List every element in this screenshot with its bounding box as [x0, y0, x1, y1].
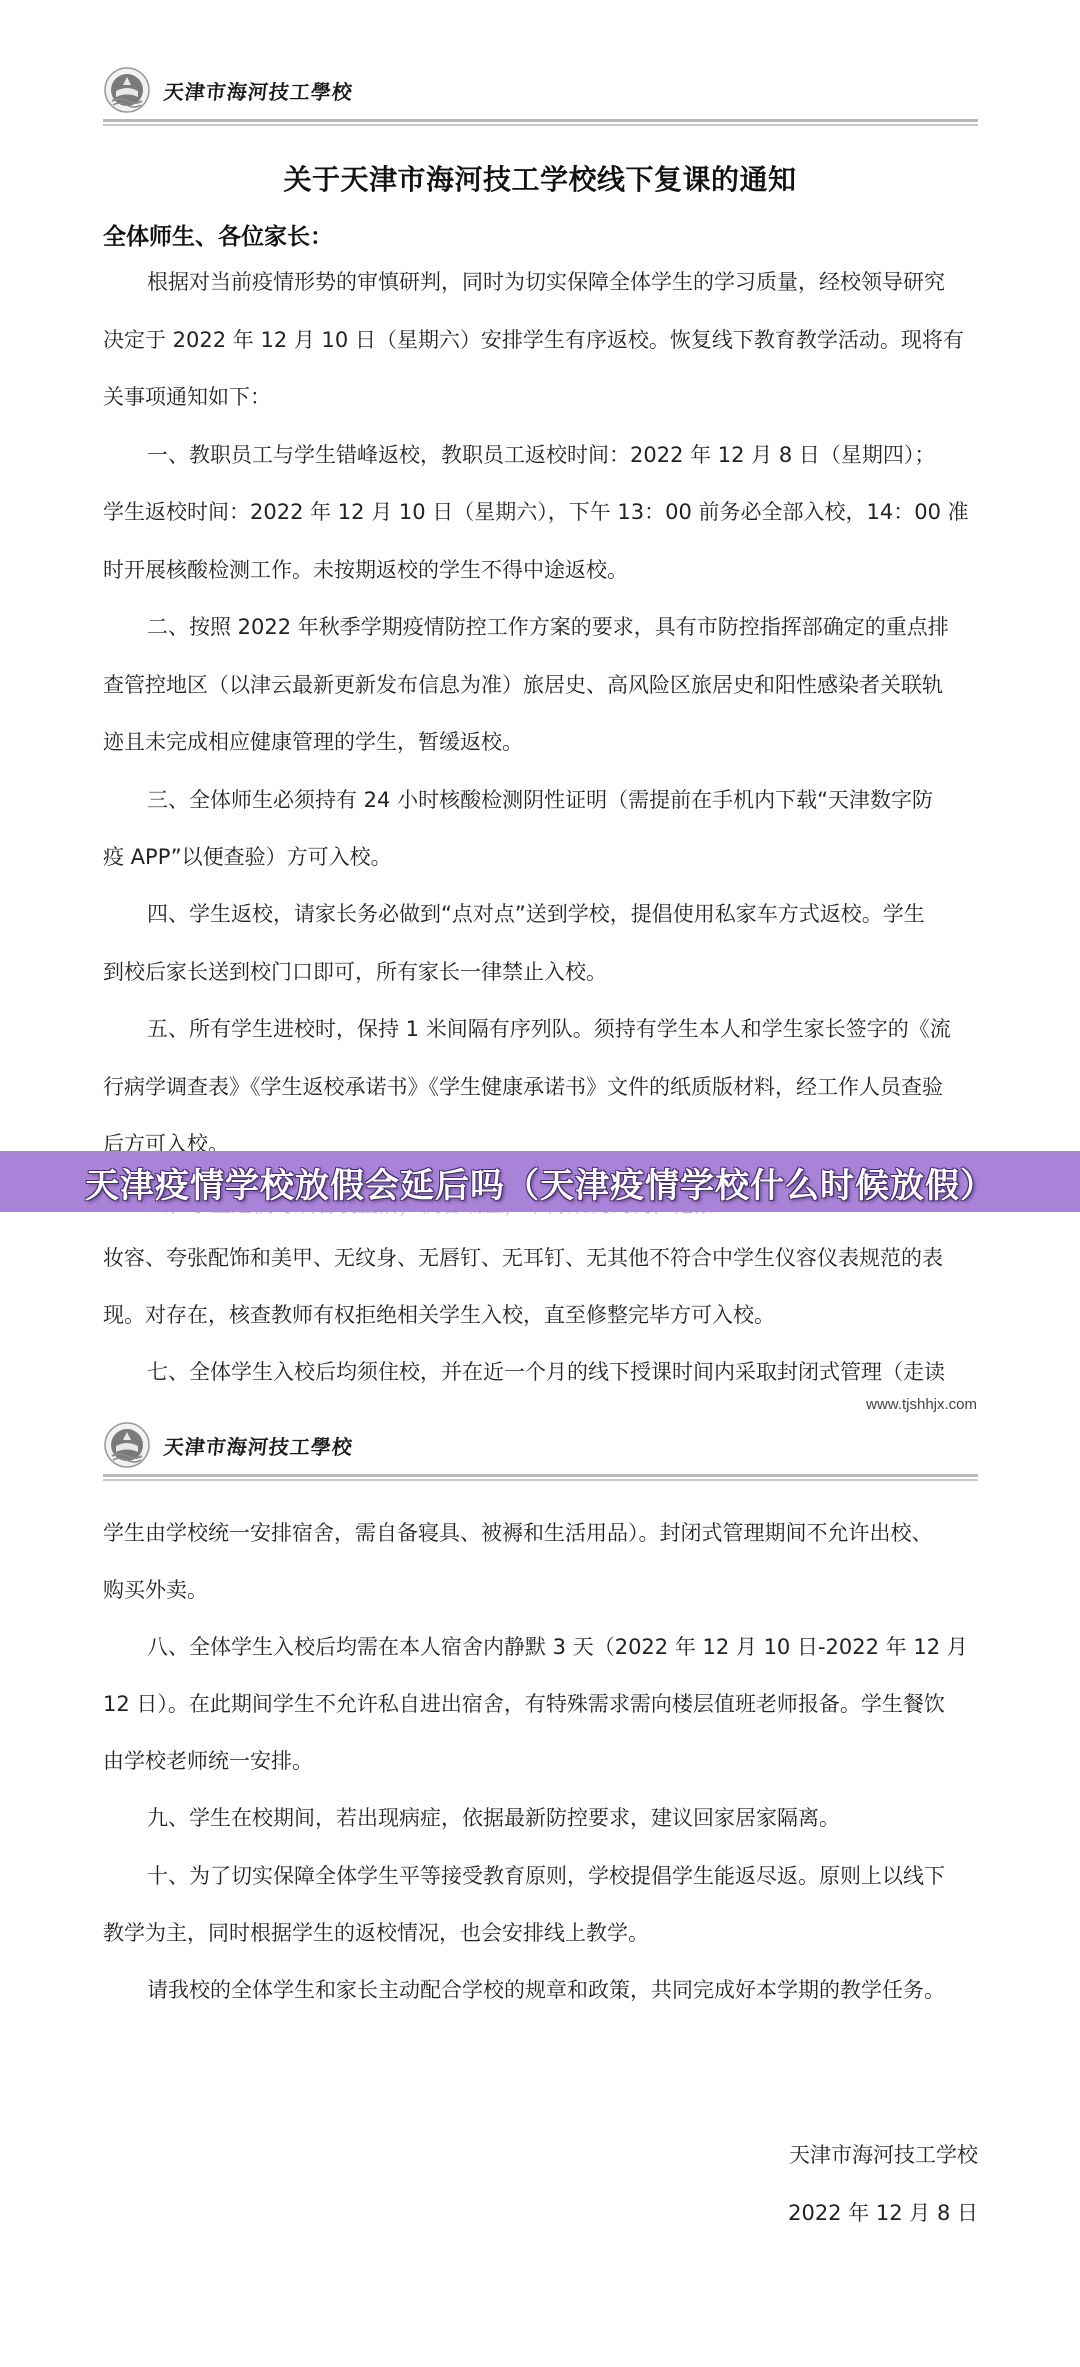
- page-title: 关于天津市海河技工学校线下复课的通知: [0, 158, 1080, 198]
- signature-date: 2022 年 12 月 8 日: [788, 2200, 978, 2226]
- body-text-line: 三、全体师生必须持有 24 小时核酸检测阴性证明（需提前在手机内下载“天津数字防: [147, 787, 933, 813]
- body-text-line: 九、学生在校期间，若出现病症，依据最新防控要求，建议回家居家隔离。: [147, 1805, 840, 1831]
- body-text-line: 教学为主，同时根据学生的返校情况，也会安排线上教学。: [103, 1920, 649, 1946]
- body-text-line: 十、为了切实保障全体学生平等接受教育原则，学校提倡学生能返尽返。原则上以线下: [147, 1863, 945, 1889]
- body-text-line: 行病学调查表》《学生返校承诺书》《学生健康承诺书》文件的纸质版材料，经工作人员查…: [103, 1074, 943, 1100]
- body-text-line: 时开展核酸检测工作。未按期返校的学生不得中途返校。: [103, 557, 628, 583]
- body-text-line: 关事项通知如下：: [103, 384, 271, 410]
- body-text-line: 八、全体学生入校后均需在本人宿舍内静默 3 天（2022 年 12 月 10 日…: [147, 1634, 968, 1660]
- header-divider: [103, 119, 978, 126]
- body-text-line: 学生由学校统一安排宿舍，需自备寝具、被褥和生活用品）。封闭式管理期间不允许出校、: [103, 1520, 933, 1546]
- body-text-line: 由学校老师统一安排。: [103, 1748, 313, 1774]
- body-text-line: 七、全体学生入校后均须住校，并在近一个月的线下授课时间内采取封闭式管理（走读: [147, 1359, 945, 1385]
- body-text-line: 五、所有学生进校时，保持 1 米间隔有序列队。须持有学生本人和学生家长签字的《流: [147, 1016, 951, 1042]
- article-title-banner-text: 天津疫情学校放假会延后吗（天津疫情学校什么时候放假）: [0, 1158, 1080, 1207]
- school-logo-wordmark: 天津市海河技工學校: [162, 1431, 354, 1460]
- school-logo-icon: [104, 1422, 150, 1468]
- page-divider: [103, 1474, 978, 1481]
- school-logo-icon: [104, 67, 150, 113]
- body-text-line: 请我校的全体学生和家长主动配合学校的规章和政策，共同完成好本学期的教学任务。: [147, 1977, 945, 2003]
- body-text-line: 购买外卖。: [103, 1577, 208, 1603]
- watermark-url: www.tjshhjx.com: [866, 1396, 977, 1413]
- body-text-line: 妆容、夸张配饰和美甲、无纹身、无唇钉、无耳钉、无其他不符合中学生仪容仪表规范的表: [103, 1245, 943, 1271]
- body-text-line: 现。对存在，核查教师有权拒绝相关学生入校，直至修整完毕方可入校。: [103, 1302, 775, 1328]
- body-text-line: 一、教职员工与学生错峰返校，教职员工返校时间：2022 年 12 月 8 日（星…: [147, 442, 935, 468]
- salutation: 全体师生、各位家长：: [103, 218, 333, 251]
- body-text-line: 疫 APP”以便查验）方可入校。: [103, 844, 392, 870]
- school-logo-wordmark: 天津市海河技工學校: [162, 76, 354, 105]
- body-text-line: 12 日）。在此期间学生不允许私自进出宿舍，有特殊需求需向楼层值班老师报备。学生…: [103, 1691, 945, 1717]
- body-text-line: 决定于 2022 年 12 月 10 日（星期六）安排学生有序返校。恢复线下教育…: [103, 327, 964, 353]
- body-text-line: 二、按照 2022 年秋季学期疫情防控工作方案的要求，具有市防控指挥部确定的重点…: [147, 614, 949, 640]
- body-text-line: 查管控地区（以津云最新更新发布信息为准）旅居史、高风险区旅居史和阳性感染者关联轨: [103, 672, 943, 698]
- signature-org: 天津市海河技工学校: [789, 2142, 978, 2168]
- body-text-line: 四、学生返校，请家长务必做到“点对点”送到学校，提倡使用私家车方式返校。学生: [147, 901, 925, 927]
- body-text-line: 根据对当前疫情形势的审慎研判，同时为切实保障全体学生的学习质量，经校领导研究: [147, 269, 945, 295]
- body-text-line: 到校后家长送到校门口即可，所有家长一律禁止入校。: [103, 959, 607, 985]
- body-text-line: 迹且未完成相应健康管理的学生，暂缓返校。: [103, 729, 523, 755]
- body-text-line: 学生返校时间：2022 年 12 月 10 日（星期六），下午 13：00 前务…: [103, 499, 969, 525]
